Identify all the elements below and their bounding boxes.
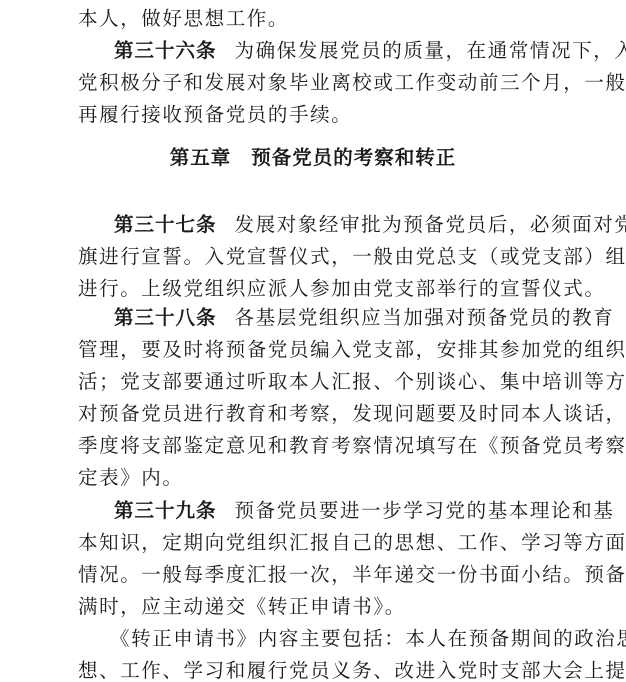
text-line: 管理，要及时将预备党员编入党支部，安排其参加党的组织生 bbox=[78, 338, 550, 362]
article-38-first-line: 第三十八条各基层党组织应当加强对预备党员的教育 bbox=[114, 306, 586, 330]
text-line: 进行。上级党组织应派人参加由党支部举行的宣誓仪式。 bbox=[78, 277, 550, 301]
article-39-label: 第三十九条 bbox=[114, 499, 217, 522]
text-line: 党积极分子和发展对象毕业离校或工作变动前三个月，一般不 bbox=[78, 71, 550, 95]
text-line: 活；党支部要通过听取本人汇报、个别谈心、集中培训等方式， bbox=[78, 370, 550, 394]
text-line: 旗进行宣誓。入党宣誓仪式，一般由党总支（或党支部）组织 bbox=[78, 245, 550, 269]
text-line: 本人，做好思想工作。 bbox=[78, 7, 550, 31]
chapter-number: 第五章 bbox=[170, 146, 232, 169]
article-37-label: 第三十七条 bbox=[114, 213, 217, 236]
article-36-first-line: 第三十六条为确保发展党员的质量，在通常情况下，入 bbox=[114, 39, 586, 63]
article-36-label: 第三十六条 bbox=[114, 39, 217, 62]
article-38-label: 第三十八条 bbox=[114, 306, 217, 329]
article-37-first-line: 第三十七条发展对象经审批为预备党员后，必须面对党 bbox=[114, 213, 586, 237]
article-39-text: 预备党员要进一步学习党的基本理论和基 bbox=[235, 499, 615, 522]
text-line: 对预备党员进行教育和考察，发现问题要及时同本人谈话，每 bbox=[78, 402, 550, 426]
text-line: 满时，应主动递交《转正申请书》。 bbox=[78, 595, 550, 619]
application-paragraph-first-line: 《转正申请书》内容主要包括：本人在预备期间的政治思 bbox=[110, 627, 582, 651]
chapter-heading: 第五章预备党员的考察和转正 bbox=[0, 146, 626, 170]
article-39-first-line: 第三十九条预备党员要进一步学习党的基本理论和基 bbox=[114, 499, 586, 523]
text-line: 季度将支部鉴定意见和教育考察情况填写在《预备党员考察鉴 bbox=[78, 434, 550, 458]
text-line: 定表》内。 bbox=[78, 466, 550, 490]
chapter-title: 预备党员的考察和转正 bbox=[251, 146, 456, 169]
article-38-text: 各基层党组织应当加强对预备党员的教育 bbox=[235, 306, 615, 329]
article-37-text: 发展对象经审批为预备党员后，必须面对党 bbox=[235, 213, 626, 236]
text-line: 再履行接收预备党员的手续。 bbox=[78, 103, 550, 127]
text-line: 情况。一般每季度汇报一次，半年递交一份书面小结。预备期 bbox=[78, 563, 550, 587]
document-page: 本人，做好思想工作。 第三十六条为确保发展党员的质量，在通常情况下，入 党积极分… bbox=[0, 0, 626, 682]
text-line: 想、工作、学习和履行党员义务、改进入党时支部大会上提出 bbox=[78, 659, 550, 682]
article-36-text: 为确保发展党员的质量，在通常情况下，入 bbox=[235, 39, 626, 62]
text-line: 本知识，定期向党组织汇报自己的思想、工作、学习等方面的 bbox=[78, 531, 550, 555]
